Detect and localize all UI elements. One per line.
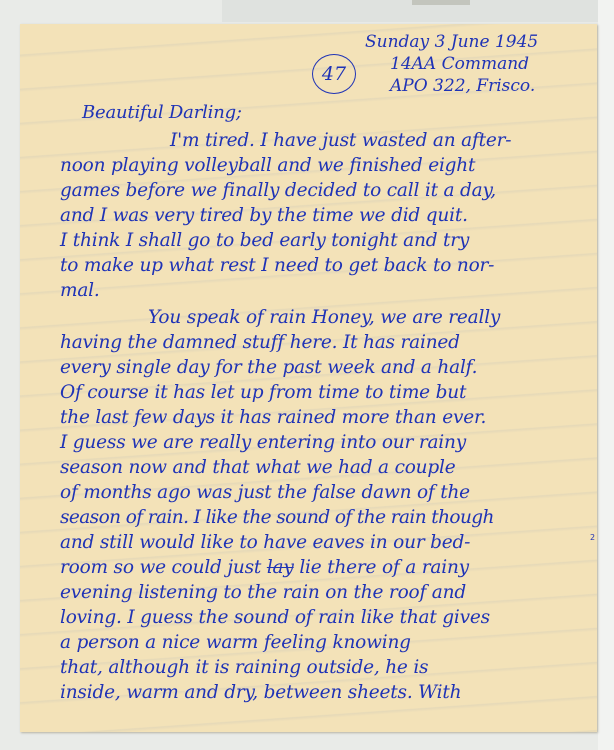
scan-right-margin (598, 0, 614, 750)
letter-line: You speak of rain Honey, we are really (148, 307, 500, 328)
letter-unit: 14AA Command (390, 54, 529, 74)
page-number-circled: 47 (312, 54, 356, 94)
letter-line: I think I shall go to bed early tonight … (60, 230, 469, 251)
letter-line: I guess we are really entering into our … (60, 432, 466, 453)
scan-backing-board (222, 0, 599, 22)
letter-line: season of rain. I like the sound of the … (60, 507, 494, 528)
letter-line: season now and that what we had a couple (60, 457, 456, 478)
tape-strip (412, 0, 470, 5)
letter-line: to make up what rest I need to get back … (60, 255, 494, 276)
letter-line-with-strike: room so we could just lay lie there of a… (60, 557, 469, 578)
letter-line: games before we finally decided to call … (60, 180, 496, 201)
struck-word: lay (267, 557, 294, 578)
letter-line: loving. I guess the sound of rain like t… (60, 607, 490, 628)
letter-line: of months ago was just the false dawn of… (60, 482, 470, 503)
letter-line-part: lie there of a rainy (299, 557, 469, 578)
salutation: Beautiful Darling; (82, 102, 242, 123)
letter-line: noon playing volleyball and we finished … (60, 155, 475, 176)
letter-line: inside, warm and dry, between sheets. Wi… (60, 682, 461, 703)
letter-line: a person a nice warm feeling knowing (60, 632, 411, 653)
letter-line: I'm tired. I have just wasted an after- (170, 130, 511, 151)
letter-line: evening listening to the rain on the roo… (60, 582, 466, 603)
margin-mark: 2 (590, 533, 595, 542)
letter-line: Of course it has let up from time to tim… (60, 382, 466, 403)
letter-line: mal. (60, 280, 100, 301)
letter-page: 47 Sunday 3 June 1945 14AA Command APO 3… (20, 24, 597, 732)
letter-line: the last few days it has rained more tha… (60, 407, 486, 428)
page-number: 47 (322, 63, 346, 85)
letter-line: and I was very tired by the time we did … (60, 205, 468, 226)
letter-line: having the damned stuff here. It has rai… (60, 332, 460, 353)
letter-date: Sunday 3 June 1945 (365, 32, 538, 52)
letter-line: and still would like to have eaves in ou… (60, 532, 470, 553)
letter-line: every single day for the past week and a… (60, 357, 477, 378)
letter-line-part: room so we could just (60, 557, 261, 578)
letter-line: that, although it is raining outside, he… (60, 657, 428, 678)
letter-address: APO 322, Frisco. (390, 76, 535, 96)
